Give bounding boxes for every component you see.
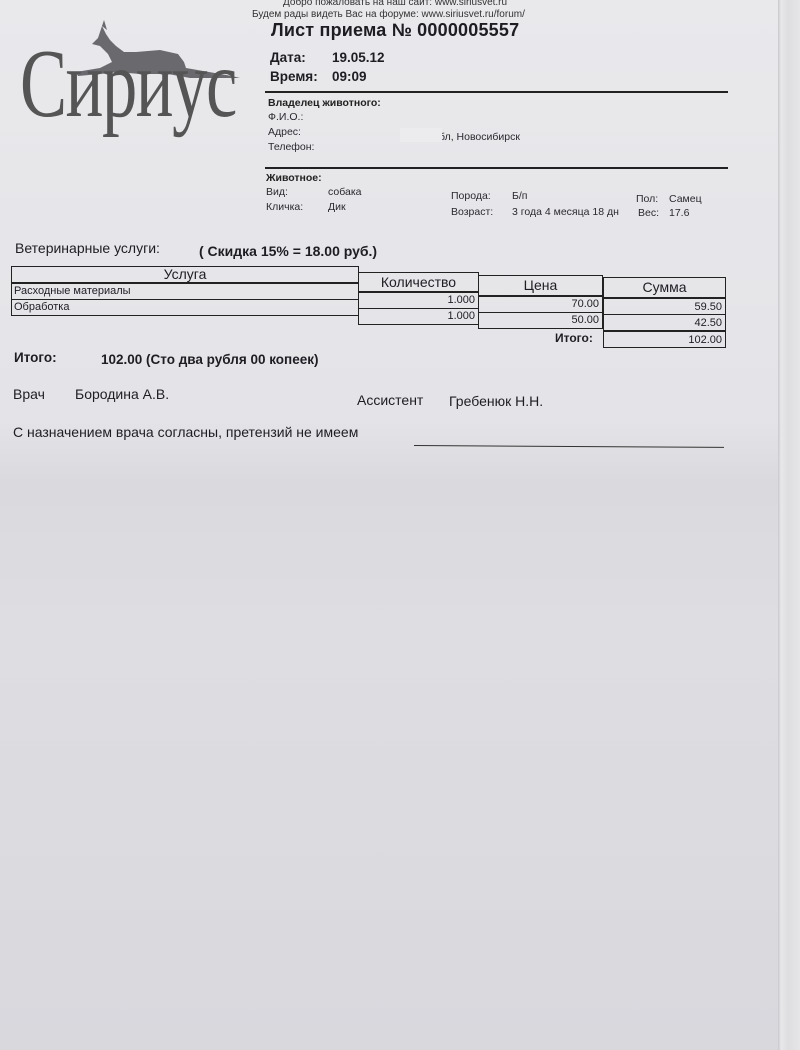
- time-label: Время:: [270, 69, 318, 84]
- logo: Сириус: [0, 0, 260, 220]
- grand-total-value: 102.00 (Сто два рубля 00 копеек): [101, 352, 318, 367]
- column-header: Количество: [358, 272, 479, 292]
- table-cell: 1.000: [358, 308, 479, 325]
- date-label: Дата:: [270, 50, 306, 65]
- welcome-line-2: Будем рады видеть Вас на форуме: www.sir…: [252, 9, 525, 20]
- table-cell: 59.50: [603, 298, 726, 315]
- table-cell: Расходные материалы: [11, 283, 359, 300]
- table-cell: 1.000: [358, 292, 479, 309]
- sex-label: Пол:: [636, 193, 658, 205]
- weight-label: Вес:: [638, 207, 659, 219]
- table-total-value: 102.00: [603, 331, 726, 348]
- sex-value: Самец: [669, 193, 702, 205]
- age-value: 3 года 4 месяца 18 дн: [512, 206, 619, 218]
- column-header: Сумма: [603, 277, 726, 298]
- pet-name-value: Дик: [328, 201, 346, 213]
- breed-value: Б/п: [512, 190, 528, 202]
- logo-text: Сириус: [20, 28, 236, 140]
- redacted-area: [400, 128, 442, 142]
- divider: [265, 167, 728, 169]
- date-value: 19.05.12: [332, 50, 385, 65]
- owner-phone-label: Телефон:: [268, 141, 314, 153]
- page-edge: [778, 0, 800, 1050]
- pet-name-label: Кличка:: [266, 201, 303, 213]
- grand-total-label: Итого:: [14, 350, 57, 365]
- table-cell: 70.00: [478, 296, 603, 313]
- owner-name-label: Ф.И.О.:: [268, 111, 303, 123]
- species-label: Вид:: [266, 186, 288, 198]
- column-header: Цена: [478, 275, 603, 296]
- doctor-label: Врач: [13, 386, 45, 402]
- breed-label: Порода:: [451, 190, 491, 202]
- welcome-line-1: Добро пожаловать на наш сайт: www.sirius…: [283, 0, 507, 8]
- age-label: Возраст:: [451, 206, 493, 218]
- page-title: Лист приема № 0000005557: [271, 20, 519, 41]
- services-section-label: Ветеринарные услуги:: [15, 240, 160, 256]
- table-cell: 42.50: [603, 314, 726, 331]
- assistant-label: Ассистент: [357, 392, 423, 408]
- table-cell: 50.00: [478, 312, 603, 329]
- species-value: собака: [328, 186, 361, 198]
- consent-text: С назначением врача согласны, претензий …: [13, 424, 358, 440]
- animal-section-label: Животное:: [266, 172, 322, 184]
- doctor-value: Бородина А.В.: [75, 386, 169, 402]
- weight-value: 17.6: [669, 207, 689, 219]
- divider: [265, 91, 728, 93]
- owner-address-label: Адрес:: [268, 126, 301, 138]
- column-header: Услуга: [11, 266, 359, 283]
- owner-section-label: Владелец животного:: [268, 97, 381, 109]
- table-total-label: Итого:: [555, 331, 593, 345]
- assistant-value: Гребенюк Н.Н.: [449, 393, 543, 409]
- discount-note: ( Скидка 15% = 18.00 руб.): [199, 243, 377, 259]
- time-value: 09:09: [332, 69, 367, 84]
- table-cell: Обработка: [11, 299, 359, 316]
